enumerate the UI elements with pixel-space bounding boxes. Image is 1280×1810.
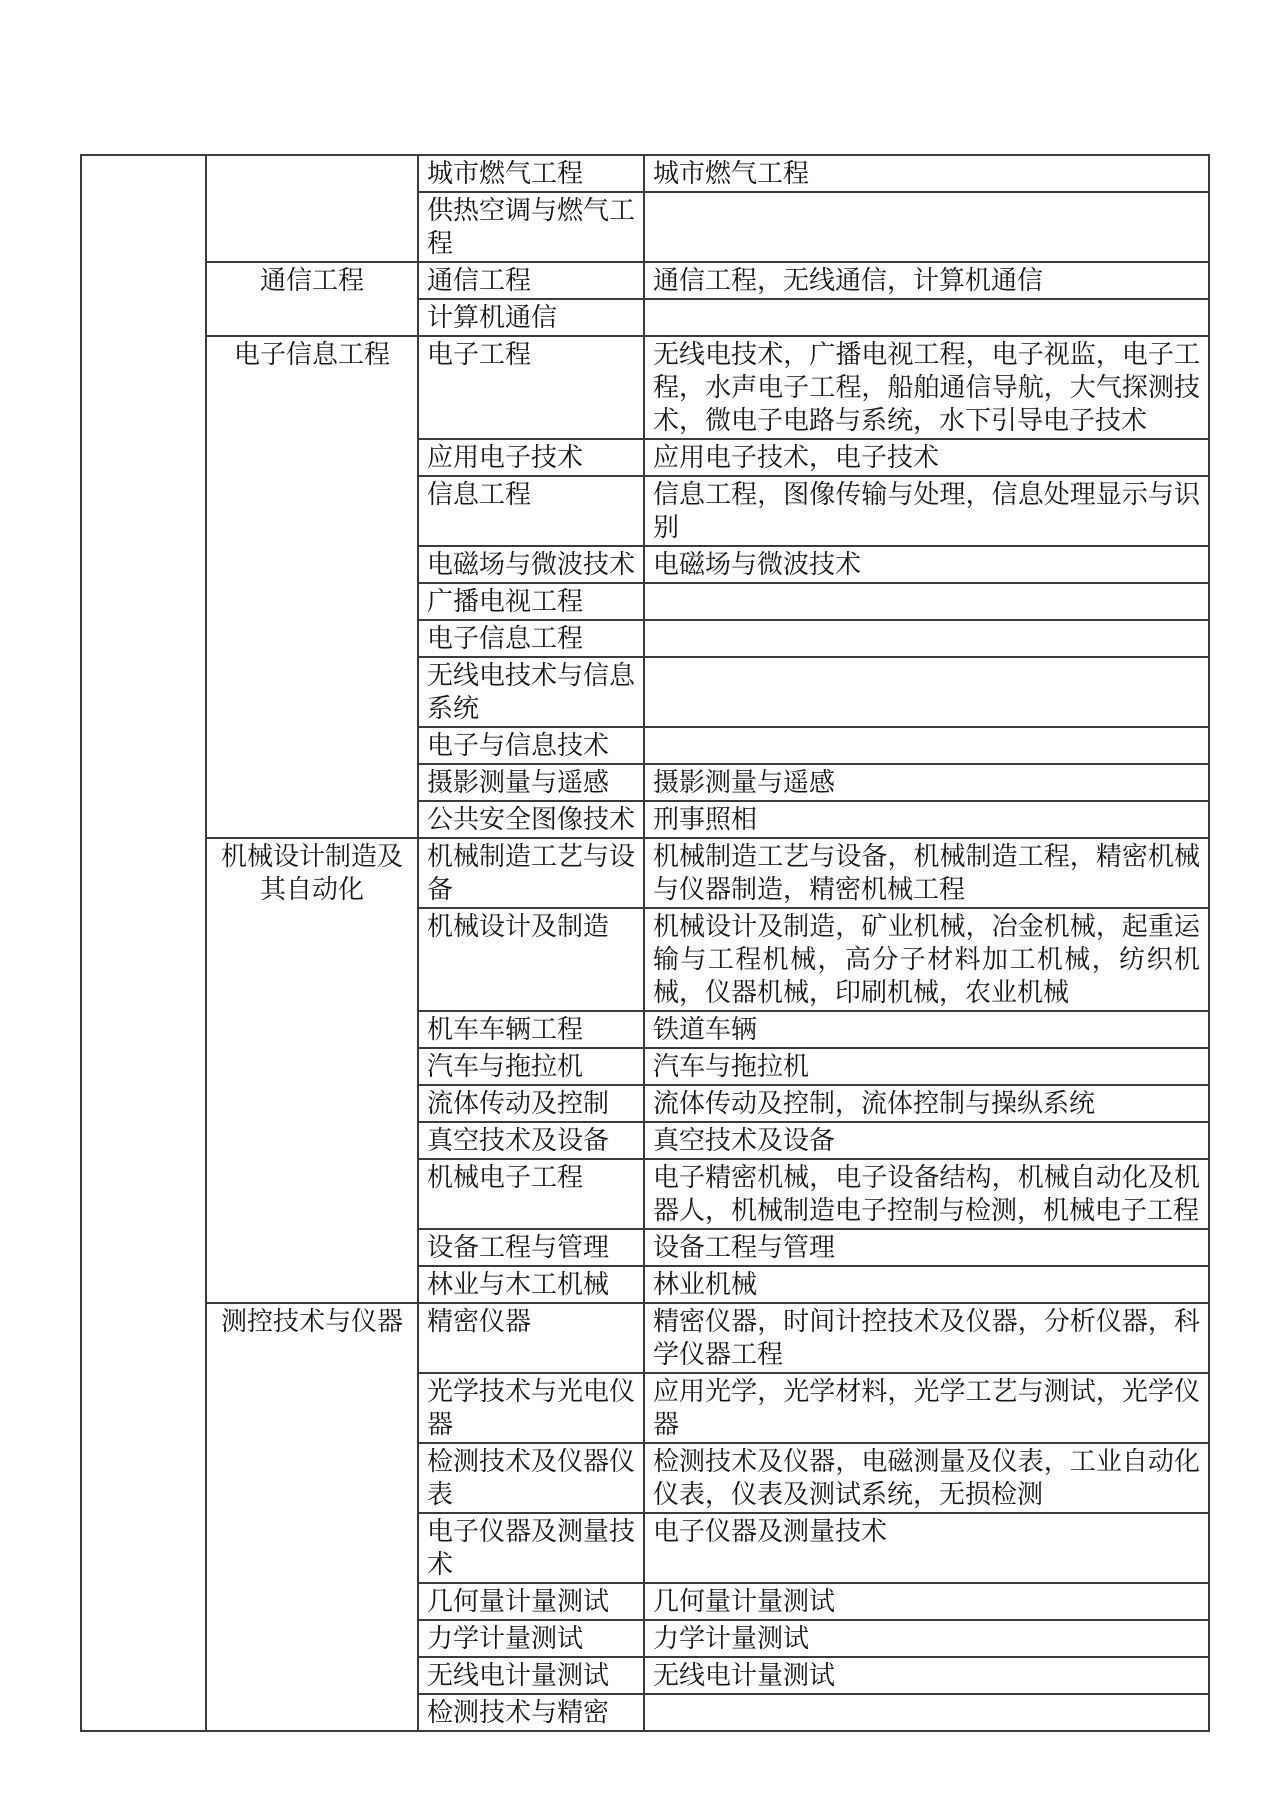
- old-majors-cell: 摄影测量与遥感: [644, 764, 1209, 801]
- major-cell: 光学技术与光电仪器: [418, 1373, 644, 1443]
- major-cell: 公共安全图像技术: [418, 801, 644, 838]
- major-cell: 无线电计量测试: [418, 1657, 644, 1694]
- major-cell: 机车车辆工程: [418, 1011, 644, 1048]
- document-page: 城市燃气工程 城市燃气工程 供热空调与燃气工程 通信工程通信工程 通信工程，无线…: [0, 0, 1280, 1810]
- table-row: 测控技术与仪器精密仪器 精密仪器，时间计控技术及仪器，分析仪器，科学仪器工程: [81, 1303, 1209, 1373]
- table-row: 机械设计制造及其自动化机械制造工艺与设备 机械制造工艺与设备，机械制造工程，精密…: [81, 838, 1209, 908]
- old-majors-cell: 检测技术及仪器，电磁测量及仪表，工业自动化仪表，仪表及测试系统，无损检测: [644, 1443, 1209, 1513]
- old-majors-cell: 机械设计及制造，矿业机械，冶金机械，起重运输与工程机械，高分子材料加工机械，纺织…: [644, 908, 1209, 1011]
- old-majors-cell: 电磁场与微波技术: [644, 546, 1209, 583]
- major-cell: 真空技术及设备: [418, 1122, 644, 1159]
- old-majors-cell: 力学计量测试: [644, 1620, 1209, 1657]
- old-majors-cell: 无线电技术，广播电视工程，电子视监，电子工程，水声电子工程，船舶通信导航，大气探…: [644, 336, 1209, 439]
- major-cell: 供热空调与燃气工程: [418, 192, 644, 262]
- category-cell: 电子信息工程: [206, 336, 418, 838]
- major-cell: 林业与木工机械: [418, 1266, 644, 1303]
- old-majors-cell: 电子精密机械，电子设备结构，机械自动化及机器人，机械制造电子控制与检测，机械电子…: [644, 1159, 1209, 1229]
- old-majors-cell: [644, 727, 1209, 764]
- major-cell: 电子与信息技术: [418, 727, 644, 764]
- old-majors-cell: 铁道车辆: [644, 1011, 1209, 1048]
- old-majors-cell: [644, 657, 1209, 727]
- old-majors-cell: [644, 192, 1209, 262]
- major-cell: 电子工程: [418, 336, 644, 439]
- old-majors-cell: 真空技术及设备: [644, 1122, 1209, 1159]
- major-cell: 汽车与拖拉机: [418, 1048, 644, 1085]
- old-majors-cell: 应用电子技术，电子技术: [644, 439, 1209, 476]
- category-cell: 测控技术与仪器: [206, 1303, 418, 1731]
- major-cell: 力学计量测试: [418, 1620, 644, 1657]
- category-cell: 机械设计制造及其自动化: [206, 838, 418, 1303]
- major-cell: 计算机通信: [418, 299, 644, 336]
- major-cell: 电子信息工程: [418, 620, 644, 657]
- major-cell: 检测技术及仪器仪表: [418, 1443, 644, 1513]
- old-majors-cell: [644, 299, 1209, 336]
- major-cell: 电磁场与微波技术: [418, 546, 644, 583]
- old-majors-cell: 流体传动及控制，流体控制与操纵系统: [644, 1085, 1209, 1122]
- major-cell: 流体传动及控制: [418, 1085, 644, 1122]
- major-cell: 检测技术与精密: [418, 1694, 644, 1731]
- major-cell: 信息工程: [418, 476, 644, 546]
- major-cell: 广播电视工程: [418, 583, 644, 620]
- major-cell: 机械设计及制造: [418, 908, 644, 1011]
- majors-mapping-table: 城市燃气工程 城市燃气工程 供热空调与燃气工程 通信工程通信工程 通信工程，无线…: [80, 154, 1210, 1732]
- old-majors-cell: 城市燃气工程: [644, 155, 1209, 192]
- old-majors-cell: 信息工程，图像传输与处理，信息处理显示与识别: [644, 476, 1209, 546]
- old-majors-cell: 无线电计量测试: [644, 1657, 1209, 1694]
- major-cell: 无线电技术与信息系统: [418, 657, 644, 727]
- old-majors-cell: 设备工程与管理: [644, 1229, 1209, 1266]
- old-majors-cell: 林业机械: [644, 1266, 1209, 1303]
- major-cell: 通信工程: [418, 262, 644, 299]
- major-cell: 电子仪器及测量技术: [418, 1513, 644, 1583]
- category-cell: 通信工程: [206, 262, 418, 336]
- old-majors-cell: 刑事照相: [644, 801, 1209, 838]
- major-cell: 机械制造工艺与设备: [418, 838, 644, 908]
- old-majors-cell: 汽车与拖拉机: [644, 1048, 1209, 1085]
- old-majors-cell: 精密仪器，时间计控技术及仪器，分析仪器，科学仪器工程: [644, 1303, 1209, 1373]
- table-row: 电子信息工程电子工程 无线电技术，广播电视工程，电子视监，电子工程，水声电子工程…: [81, 336, 1209, 439]
- major-cell: 应用电子技术: [418, 439, 644, 476]
- table-row: 城市燃气工程 城市燃气工程: [81, 155, 1209, 192]
- major-cell: 几何量计量测试: [418, 1583, 644, 1620]
- old-majors-cell: 电子仪器及测量技术: [644, 1513, 1209, 1583]
- major-cell: 设备工程与管理: [418, 1229, 644, 1266]
- major-cell: 精密仪器: [418, 1303, 644, 1373]
- old-majors-cell: 应用光学，光学材料，光学工艺与测试，光学仪器: [644, 1373, 1209, 1443]
- old-majors-cell: [644, 583, 1209, 620]
- old-majors-cell: [644, 1694, 1209, 1731]
- old-majors-cell: 几何量计量测试: [644, 1583, 1209, 1620]
- old-majors-cell: 通信工程，无线通信，计算机通信: [644, 262, 1209, 299]
- major-cell: 摄影测量与遥感: [418, 764, 644, 801]
- category-cell: [206, 155, 418, 262]
- major-cell: 城市燃气工程: [418, 155, 644, 192]
- major-cell: 机械电子工程: [418, 1159, 644, 1229]
- left-spacer-cell: [81, 155, 206, 1731]
- old-majors-cell: [644, 620, 1209, 657]
- old-majors-cell: 机械制造工艺与设备，机械制造工程，精密机械与仪器制造，精密机械工程: [644, 838, 1209, 908]
- table-row: 通信工程通信工程 通信工程，无线通信，计算机通信: [81, 262, 1209, 299]
- table-body: 城市燃气工程 城市燃气工程 供热空调与燃气工程 通信工程通信工程 通信工程，无线…: [81, 155, 1209, 1731]
